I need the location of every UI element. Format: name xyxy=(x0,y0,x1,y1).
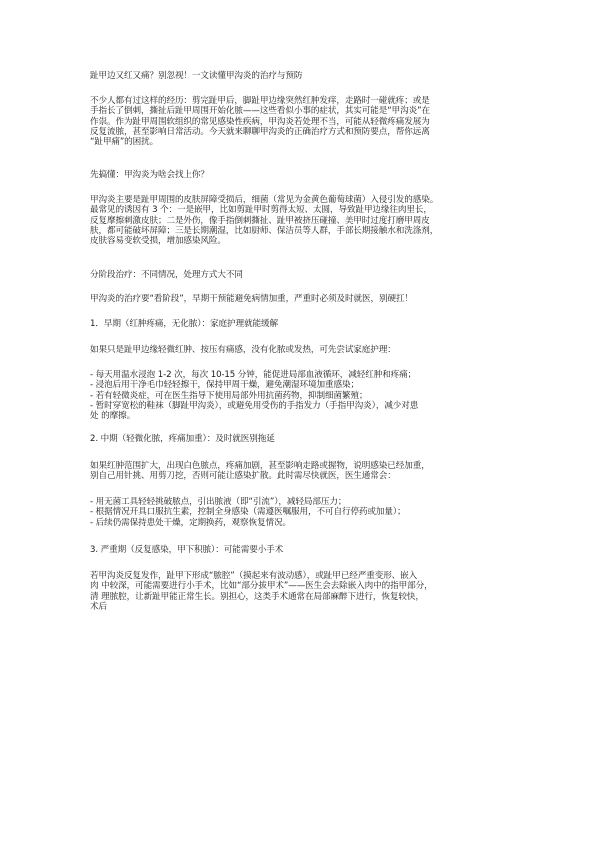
list-item: 处 的摩擦。 xyxy=(90,411,510,421)
text-line: 反复流脓，甚至影响日常活动。今天就来聊聊甲沟炎的正确治疗方式和预防要点，帮你远离 xyxy=(90,127,510,137)
section-heading-treatment: 分阶段治疗：不同情况，处理方式大不同 xyxy=(90,270,510,280)
text-line: 若甲沟炎反复发作，趾甲下形成“脓腔”（摸起来有波动感），或趾甲已经严重变形、嵌入 xyxy=(90,571,510,581)
text-line: 甲沟炎主要是趾甲周围的皮肤屏障受损后，细菌（常见为金黄色葡萄球菌）入侵引发的感染… xyxy=(90,195,510,205)
text-line: 术后 xyxy=(90,602,510,612)
text-line: 甲沟炎的治疗要“看阶段”，早期干预能避免病情加重，严重时必须及时就医，别硬扛！ xyxy=(90,294,510,304)
treatment-intro: 甲沟炎的治疗要“看阶段”，早期干预能避免病情加重，严重时必须及时就医，别硬扛！ xyxy=(90,294,510,304)
text-line: 手指长了倒刺，撕扯后趾甲周围开始化脓——这些看似小事的症状，其实可能是“甲沟炎”… xyxy=(90,106,510,116)
heading-text: 1．早期（红肿疼痛，无化脓）：家庭护理就能缓解 xyxy=(90,319,510,329)
stage1-bullet-list: - 每天用温水浸泡 1-2 次，每次 10-15 分钟，能促进局部血液循环，减轻… xyxy=(90,370,510,421)
text-line: 如果只是趾甲边缘轻微红肿、按压有痛感，没有化脓或发热，可先尝试家庭护理： xyxy=(90,345,510,355)
text-line: 肉 中较深，可能需要进行小手术，比如“部分拔甲术”——医生会去除嵌入肉中的指甲部… xyxy=(90,581,510,591)
stage3-body: 若甲沟炎反复发作，趾甲下形成“脓腔”（摸起来有波动感），或趾甲已经严重变形、嵌入… xyxy=(90,571,510,612)
list-item: - 每天用温水浸泡 1-2 次，每次 10-15 分钟，能促进局部血液循环，减轻… xyxy=(90,370,510,380)
text-line: 别自己用针挑、用剪刀挖，否则可能让感染扩散。此时需尽快就医，医生通常会： xyxy=(90,471,510,481)
causes-paragraph: 甲沟炎主要是趾甲周围的皮肤屏障受损后，细菌（常见为金黄色葡萄球菌）入侵引发的感染… xyxy=(90,195,510,246)
text-line: 如果红肿范围扩大，出现白色脓点，疼痛加剧，甚至影响走路或握物，说明感染已经加重， xyxy=(90,461,510,471)
text-line: 不少人都有过这样的经历：剪完趾甲后，脚趾甲边缘突然红肿发痒，走路时一碰就疼；或是 xyxy=(90,96,510,106)
text-line: 清 理脓腔，让新趾甲能正常生长。别担心，这类手术通常在局部麻醉下进行，恢复较快， xyxy=(90,592,510,602)
section-heading-causes: 先搞懂：甲沟炎为啥会找上你？ xyxy=(90,170,510,180)
stage2-bullet-list: - 用无菌工具轻轻挑破脓点，引出脓液（即“引流”），减轻局部压力； - 根据情况… xyxy=(90,497,510,528)
heading-text: 2. 中期（轻微化脓，疼痛加重）：及时就医别拖延 xyxy=(90,434,510,444)
text-line: 反复摩擦刺激皮肤；二是外伤，像手指倒刺撕扯、趾甲被挤压碰撞、美甲时过度打磨甲周皮 xyxy=(90,216,510,226)
heading-text: 先搞懂：甲沟炎为啥会找上你？ xyxy=(90,170,510,180)
list-item: - 用无菌工具轻轻挑破脓点，引出脓液（即“引流”），减轻局部压力； xyxy=(90,497,510,507)
stage1-intro: 如果只是趾甲边缘轻微红肿、按压有痛感，没有化脓或发热，可先尝试家庭护理： xyxy=(90,345,510,355)
list-item: - 暂时穿宽松的鞋袜（脚趾甲沟炎），或避免用受伤的手指发力（手指甲沟炎），减少对… xyxy=(90,401,510,411)
list-item: - 若有轻微炎症，可在医生指导下使用局部外用抗菌药物，抑制细菌繁殖； xyxy=(90,391,510,401)
document-title: 趾甲边又红又痛？别忽视！一文读懂甲沟炎的治疗与预防 xyxy=(90,71,510,81)
text-line: 肤，都可能破坏屏障；三是长期潮湿，比如厨师、保洁员等人群，手部长期接触水和洗涤剂… xyxy=(90,226,510,236)
text-line: 最常见的诱因有 3 个：一是嵌甲，比如剪趾甲时剪得太短、太圆，导致趾甲边缘往肉里… xyxy=(90,205,510,215)
list-item: - 浸泡后用干净毛巾轻轻擦干，保持甲周干燥，避免潮湿环境加重感染； xyxy=(90,380,510,390)
heading-text: 3. 严重期（反复感染，甲下积脓）：可能需要小手术 xyxy=(90,545,510,555)
stage2-heading: 2. 中期（轻微化脓，疼痛加重）：及时就医别拖延 xyxy=(90,434,510,444)
stage1-heading: 1．早期（红肿疼痛，无化脓）：家庭护理就能缓解 xyxy=(90,319,510,329)
heading-text: 分阶段治疗：不同情况，处理方式大不同 xyxy=(90,270,510,280)
intro-paragraph: 不少人都有过这样的经历：剪完趾甲后，脚趾甲边缘突然红肿发痒，走路时一碰就疼；或是… xyxy=(90,96,510,147)
list-item: - 根据情况开具口服抗生素，控制全身感染（需遵医嘱服用，不可自行停药或加量）； xyxy=(90,507,510,517)
stage2-intro: 如果红肿范围扩大，出现白色脓点，疼痛加剧，甚至影响走路或握物，说明感染已经加重，… xyxy=(90,461,510,482)
text-line: 皮肤容易变软受损，增加感染风险。 xyxy=(90,236,510,246)
list-item: - 后续仍需保持患处干燥，定期换药，观察恢复情况。 xyxy=(90,518,510,528)
text-line: 作祟。作为趾甲周围软组织的常见感染性疾病，甲沟炎若处理不当，可能从轻微疼痛发展为 xyxy=(90,117,510,127)
text-line: “趾甲痛”的困扰。 xyxy=(90,137,510,147)
stage3-heading: 3. 严重期（反复感染，甲下积脓）：可能需要小手术 xyxy=(90,545,510,555)
title-text: 趾甲边又红又痛？别忽视！一文读懂甲沟炎的治疗与预防 xyxy=(90,71,510,81)
